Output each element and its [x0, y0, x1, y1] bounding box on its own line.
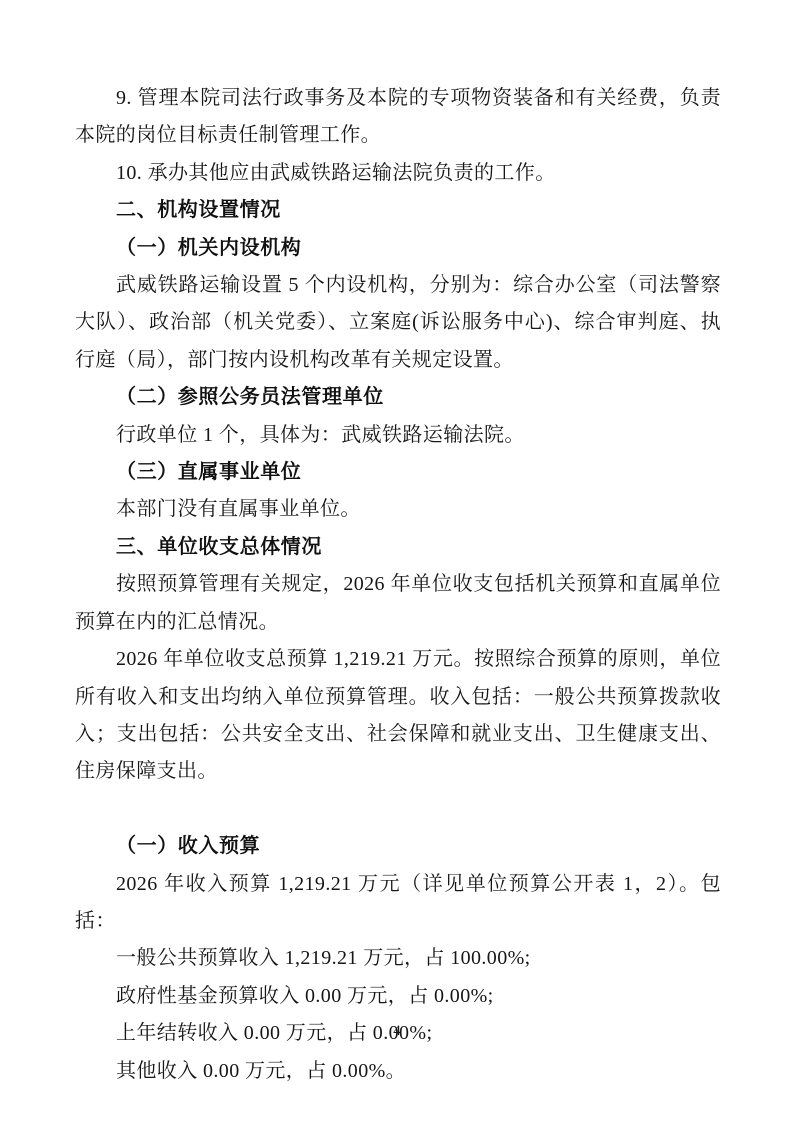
body-paragraph: 政府性基金预算收入 0.00 万元，占 0.00%;	[75, 978, 721, 1015]
body-paragraph: 一般公共预算收入 1,219.21 万元，占 100.00%;	[75, 940, 721, 977]
page-number: 4	[0, 1023, 794, 1040]
blank-line	[75, 791, 721, 828]
document-page: 9. 管理本院司法行政事务及本院的专项物资装备和有关经费，负责本院的岗位目标责任…	[0, 0, 794, 1123]
section-heading: （一）机关内设机构	[75, 230, 721, 267]
section-heading: （一）收入预算	[75, 828, 721, 865]
section-heading: 二、机构设置情况	[75, 192, 721, 229]
body-paragraph: 2026 年收入预算 1,219.21 万元（详见单位预算公开表 1，2）。包括…	[75, 866, 721, 941]
section-heading: （三）直属事业单位	[75, 454, 721, 491]
section-heading: （二）参照公务员法管理单位	[75, 379, 721, 416]
body-paragraph: 本部门没有直属事业单位。	[75, 491, 721, 528]
body-paragraph: 按照预算管理有关规定，2026 年单位收支包括机关预算和直属单位预算在内的汇总情…	[75, 566, 721, 641]
body-paragraph: 武威铁路运输设置 5 个内设机构，分别为：综合办公室（司法警察大队）、政治部（机…	[75, 267, 721, 379]
body-paragraph: 9. 管理本院司法行政事务及本院的专项物资装备和有关经费，负责本院的岗位目标责任…	[75, 80, 721, 155]
body-paragraph: 2026 年单位收支总预算 1,219.21 万元。按照综合预算的原则，单位所有…	[75, 641, 721, 791]
document-body: 9. 管理本院司法行政事务及本院的专项物资装备和有关经费，负责本院的岗位目标责任…	[75, 80, 721, 1090]
section-heading: 三、单位收支总体情况	[75, 529, 721, 566]
body-paragraph: 其他收入 0.00 万元，占 0.00%。	[75, 1053, 721, 1090]
body-paragraph: 行政单位 1 个，具体为：武威铁路运输法院。	[75, 417, 721, 454]
body-paragraph: 10. 承办其他应由武威铁路运输法院负责的工作。	[75, 155, 721, 192]
